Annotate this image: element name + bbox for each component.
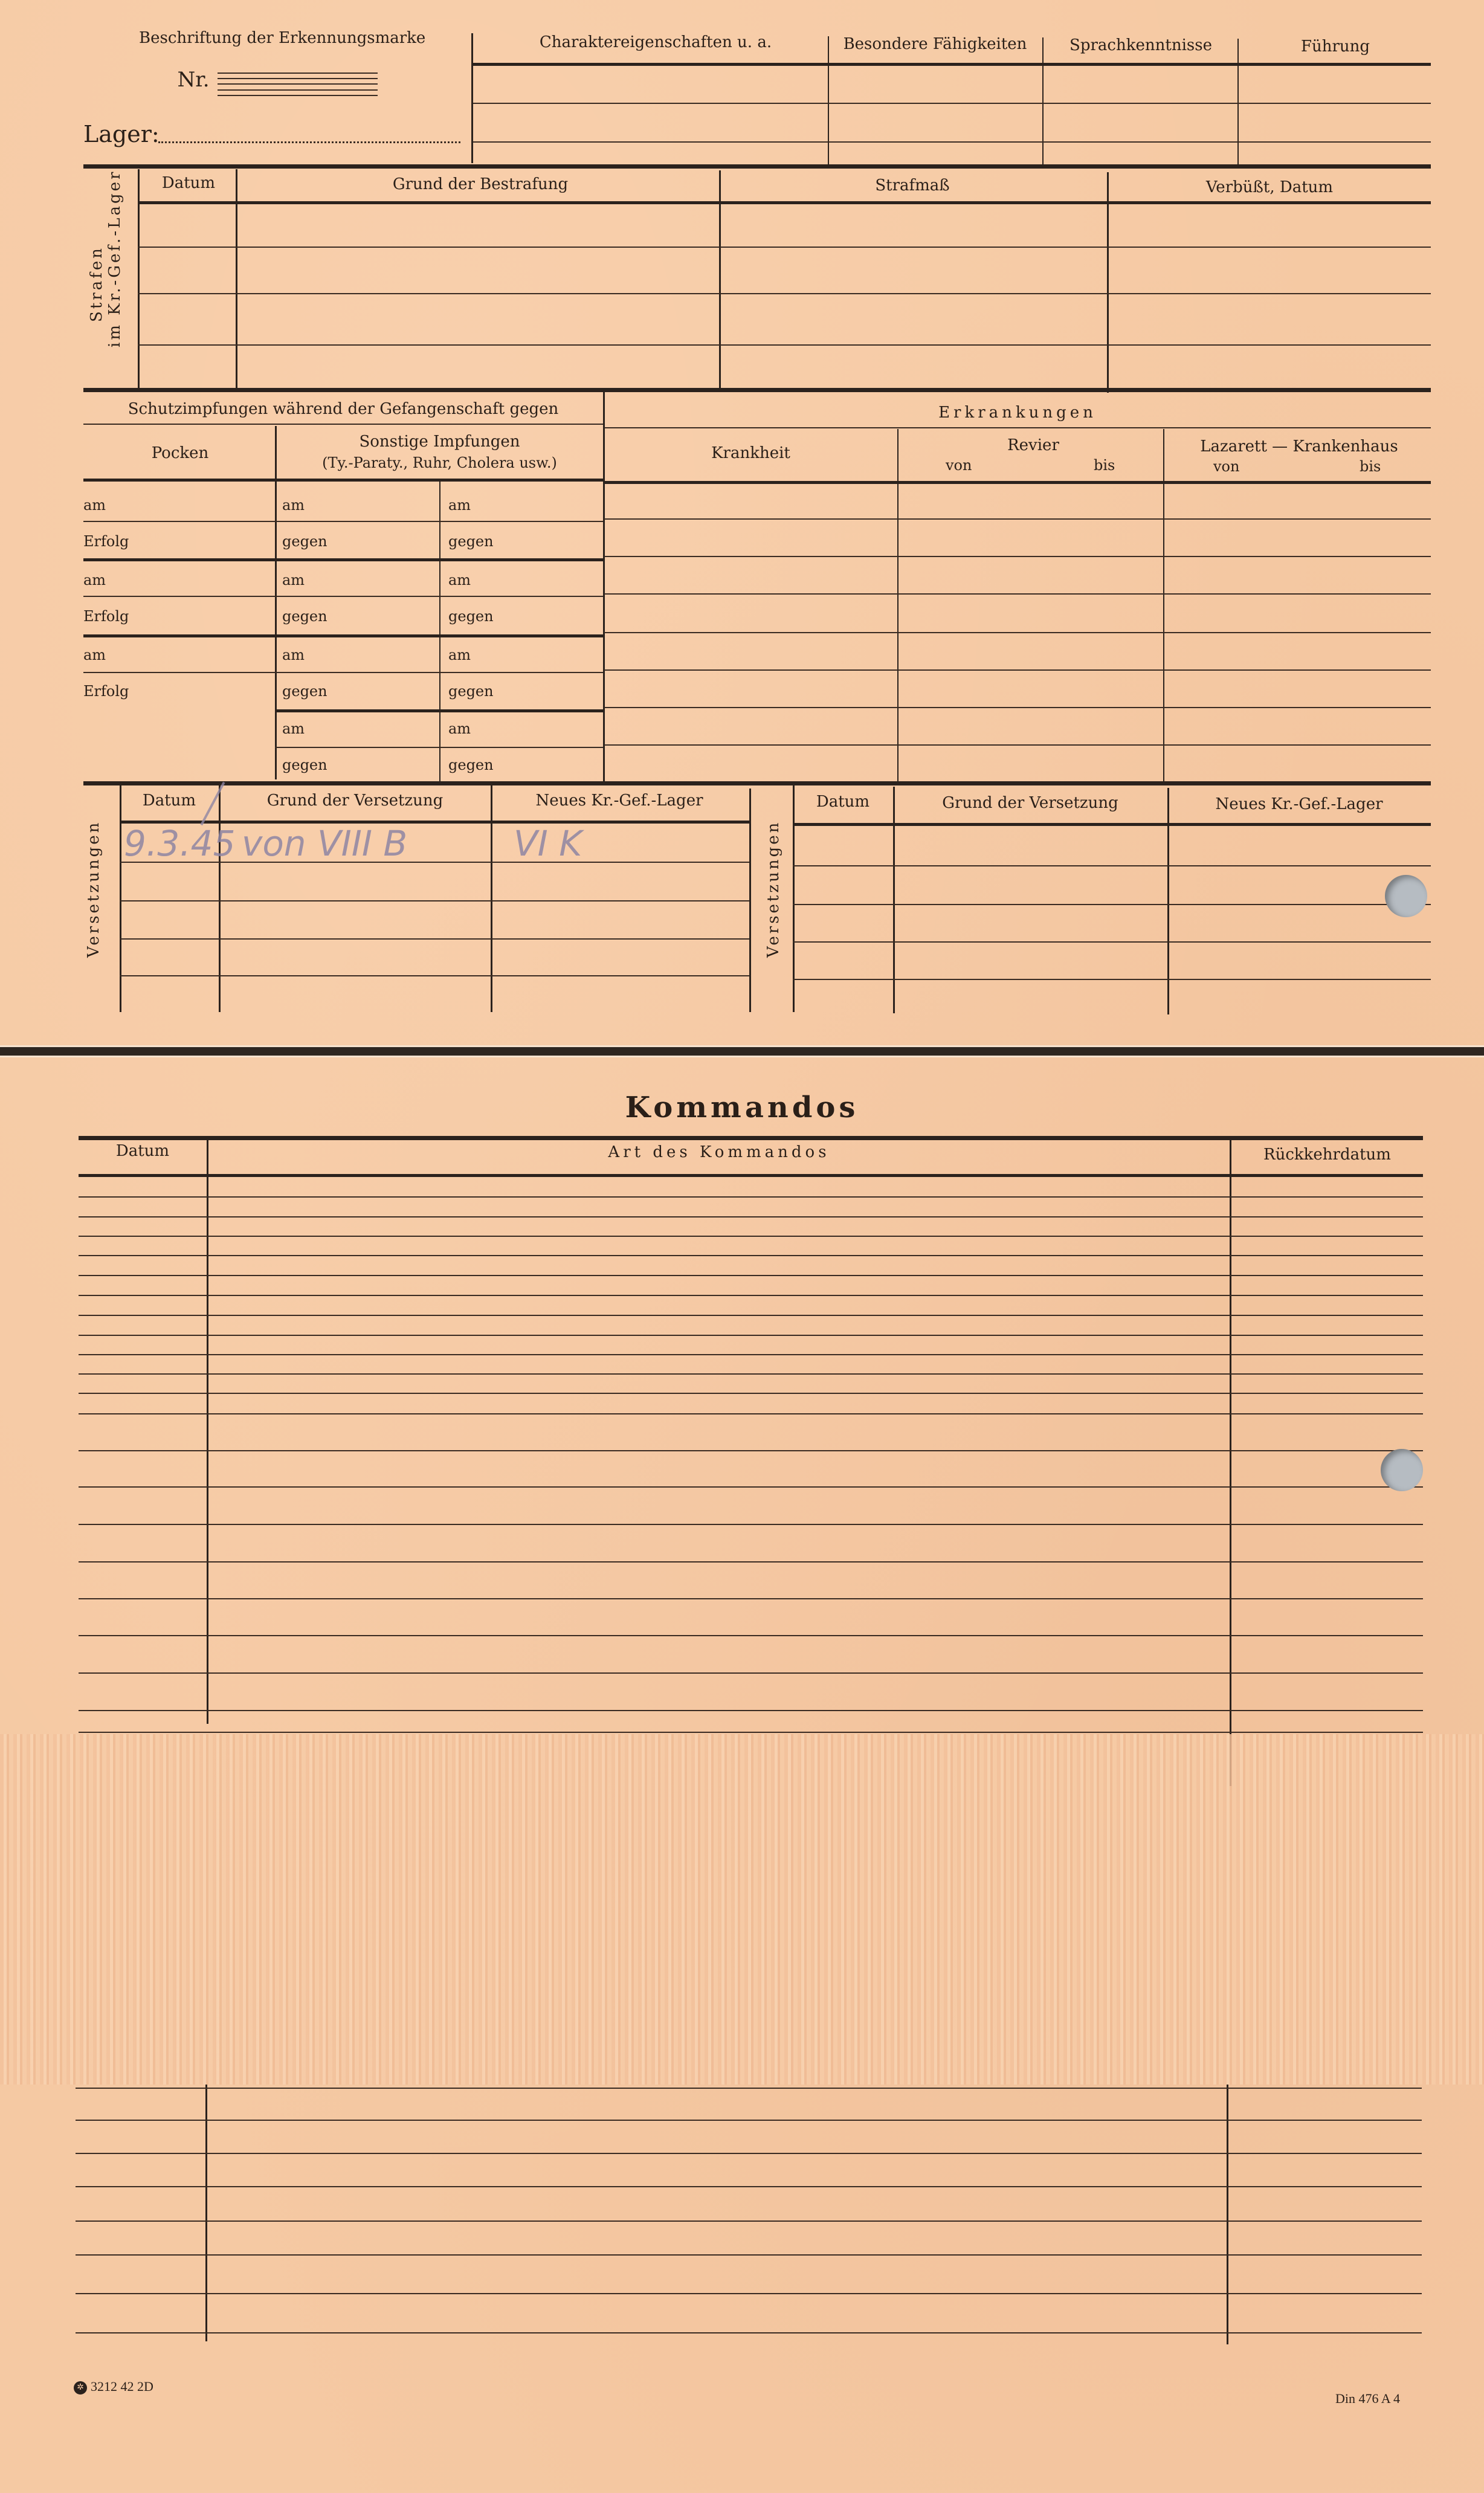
col-languages: Sprachkenntnisse bbox=[1044, 36, 1237, 54]
illnesses-title: Erkrankungen bbox=[604, 404, 1431, 422]
nr-field bbox=[218, 73, 378, 97]
col-character: Charaktereigenschaften u. a. bbox=[483, 33, 828, 51]
col-other-vacc-1: Sonstige Impfungen bbox=[278, 433, 601, 451]
col-illness: Krankheit bbox=[604, 444, 897, 462]
col-served: Verbüßt, Datum bbox=[1109, 178, 1430, 196]
din-format: Din 476 A 4 bbox=[1335, 2391, 1400, 2407]
page-fold bbox=[0, 1045, 1484, 1057]
col-date: Datum bbox=[140, 174, 237, 192]
col-penalty: Strafmaß bbox=[722, 176, 1103, 195]
camp-label: Lager: bbox=[83, 121, 160, 147]
col-hospital: Lazarett — Krankenhaus bbox=[1166, 437, 1432, 456]
col-reason: Grund der Bestrafung bbox=[239, 175, 722, 193]
kommandos-title: Kommandos bbox=[0, 1091, 1484, 1124]
col-kommando-type: Art des Kommandos bbox=[208, 1143, 1230, 1161]
camp-field bbox=[158, 141, 460, 143]
col-sickbay: Revier bbox=[900, 436, 1166, 454]
col-transfer-reason: Grund der Versetzung bbox=[221, 792, 489, 810]
punch-hole bbox=[1381, 1449, 1423, 1491]
col-kommando-date: Datum bbox=[79, 1142, 207, 1160]
punch-hole bbox=[1385, 875, 1427, 917]
transfers-side-label-left: Versetzungen bbox=[85, 837, 103, 958]
transfer-entry-date: 9.3.45 bbox=[124, 823, 235, 864]
col-other-vacc-2: (Ty.-Paraty., Ruhr, Cholera usw.) bbox=[278, 454, 601, 471]
printer-seal-icon: ✲ bbox=[74, 2381, 87, 2395]
transfer-entry-reason: von VIII B bbox=[242, 823, 407, 864]
col-abilities: Besondere Fähigkeiten bbox=[831, 35, 1039, 53]
col-smallpox: Pocken bbox=[83, 444, 277, 462]
col-conduct: Führung bbox=[1239, 37, 1432, 56]
punishments-side-label: Strafen im Kr.-Gef.-Lager bbox=[88, 221, 124, 347]
vaccinations-title: Schutzimpfungen während der Gefangenscha… bbox=[83, 400, 603, 418]
scan-artifact bbox=[0, 1734, 1484, 2085]
col-transfer-date: Datum bbox=[121, 792, 218, 810]
col-kommando-return: Rückkehrdatum bbox=[1231, 1146, 1423, 1164]
transfers-side-label-right: Versetzungen bbox=[764, 837, 782, 958]
tag-label: Beschriftung der Erkennungsmarke bbox=[139, 29, 423, 47]
print-code: ✲3212 42 2D bbox=[74, 2379, 153, 2395]
nr-label: Nr. bbox=[169, 68, 218, 92]
col-transfer-new-camp: Neues Kr.-Gef.-Lager bbox=[492, 792, 746, 810]
transfer-entry-new-camp: VI K bbox=[514, 823, 582, 864]
